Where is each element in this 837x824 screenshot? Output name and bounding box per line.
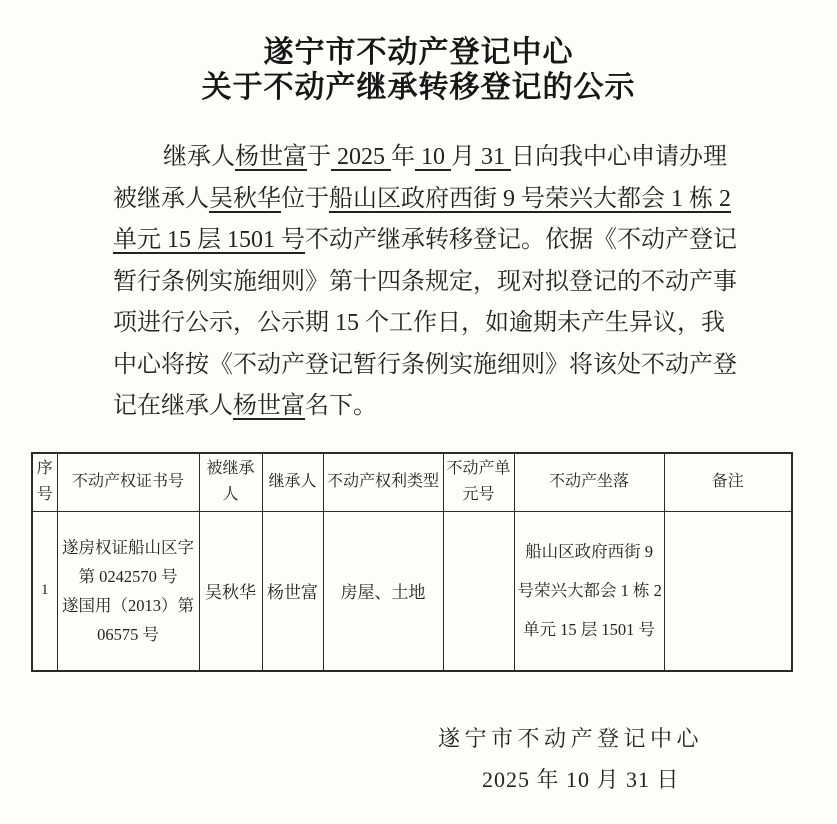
- text-run: 位于: [281, 186, 329, 212]
- page-title-line2: 关于不动产继承转移登记的公示: [0, 71, 837, 105]
- paragraph-line-1: 继承人杨世富于 2025 年 10 月 31 日向我中心申请办理: [113, 137, 709, 179]
- header-location: 不动产坐落: [514, 453, 664, 511]
- header-right-type: 不动产权利类型: [323, 453, 443, 511]
- location-line: 船山区政府西街 9: [518, 532, 661, 571]
- paragraph-line-3: 单元 15 层 1501 号不动产继承转移登记。依据《不动产登记: [113, 220, 709, 262]
- text-run: 日向我中心申请办理: [511, 144, 727, 170]
- header-remark: 备注: [664, 453, 792, 511]
- paragraph-line-4: 暂行条例实施细则》第十四条规定，现对拟登记的不动产事: [113, 262, 709, 304]
- text-run: 记在继承人: [113, 393, 233, 419]
- cell-decedent: 吴秋华: [199, 511, 262, 671]
- header-unit-number: 不动产单元号: [443, 453, 514, 511]
- text-run: 于: [307, 144, 331, 170]
- header-seq: 序号: [32, 453, 57, 511]
- text-run: 不动产继承转移登记。依据《不动产登记: [305, 227, 737, 253]
- paragraph-line-7: 记在继承人杨世富名下。: [113, 386, 709, 428]
- notice-paragraph: 继承人杨世富于 2025 年 10 月 31 日向我中心申请办理 被继承人吴秋华…: [113, 137, 709, 428]
- inheritance-registration-table: 序号 不动产权证书号 被继承人 继承人 不动产权利类型 不动产单元号 不动产坐落…: [31, 452, 793, 672]
- underlined-heir-name: 杨世富: [233, 393, 305, 419]
- table-row: 1 遂房权证船山区字 第 0242570 号 遂国用（2013）第 06575 …: [32, 511, 792, 671]
- text-run: 月: [451, 144, 475, 170]
- location-line: 单元 15 层 1501 号: [518, 610, 661, 649]
- cert-line: 遂房权证船山区字: [61, 533, 196, 562]
- cell-heir: 杨世富: [262, 511, 323, 671]
- text-run: 被继承人: [113, 186, 209, 212]
- signature-date: 2025 年 10 月 31 日: [482, 763, 680, 794]
- header-decedent: 被继承人: [199, 453, 262, 511]
- cert-line: 06575 号: [61, 620, 196, 649]
- underlined-year: 2025: [331, 144, 391, 170]
- underlined-address-part2: 单元 15 层 1501 号: [113, 227, 305, 253]
- signature-organization: 遂宁市不动产登记中心: [438, 722, 703, 753]
- cell-seq: 1: [32, 511, 57, 671]
- underlined-day: 31: [475, 144, 511, 170]
- cell-remark: [664, 511, 792, 671]
- underlined-address-part1: 船山区政府西街 9 号荣兴大都会 1 栋 2: [329, 186, 731, 212]
- text-run: 暂行条例实施细则》第十四条规定，现对拟登记的不动产事: [113, 269, 737, 295]
- text-run: 名下。: [305, 393, 377, 419]
- cert-line: 第 0242570 号: [61, 562, 196, 591]
- table-header-row: 序号 不动产权证书号 被继承人 继承人 不动产权利类型 不动产单元号 不动产坐落…: [32, 453, 792, 511]
- paragraph-line-2: 被继承人吴秋华位于船山区政府西街 9 号荣兴大都会 1 栋 2: [113, 179, 709, 221]
- notice-document: 遂宁市不动产登记中心 关于不动产继承转移登记的公示 继承人杨世富于 2025 年…: [0, 0, 837, 824]
- header-cert-number: 不动产权证书号: [57, 453, 199, 511]
- text-run: 中心将按《不动产登记暂行条例实施细则》将该处不动产登: [113, 352, 737, 378]
- paragraph-line-6: 中心将按《不动产登记暂行条例实施细则》将该处不动产登: [113, 345, 709, 387]
- page-title-line1: 遂宁市不动产登记中心: [0, 36, 837, 70]
- cell-unit-number: [443, 511, 514, 671]
- underlined-heir-name: 杨世富: [235, 144, 307, 170]
- text-run: 继承人: [163, 144, 235, 170]
- text-run: 年: [391, 144, 415, 170]
- cell-cert-number: 遂房权证船山区字 第 0242570 号 遂国用（2013）第 06575 号: [57, 511, 199, 671]
- cell-right-type: 房屋、土地: [323, 511, 443, 671]
- underlined-month: 10: [415, 144, 451, 170]
- header-heir: 继承人: [262, 453, 323, 511]
- location-line: 号荣兴大都会 1 栋 2: [518, 571, 661, 610]
- text-run: 项进行公示，公示期 15 个工作日，如逾期未产生异议，我: [113, 310, 725, 336]
- paragraph-line-5: 项进行公示，公示期 15 个工作日，如逾期未产生异议，我: [113, 303, 709, 345]
- cell-location: 船山区政府西街 9 号荣兴大都会 1 栋 2 单元 15 层 1501 号: [514, 511, 664, 671]
- underlined-decedent-name: 吴秋华: [209, 186, 281, 212]
- cert-line: 遂国用（2013）第: [61, 591, 196, 620]
